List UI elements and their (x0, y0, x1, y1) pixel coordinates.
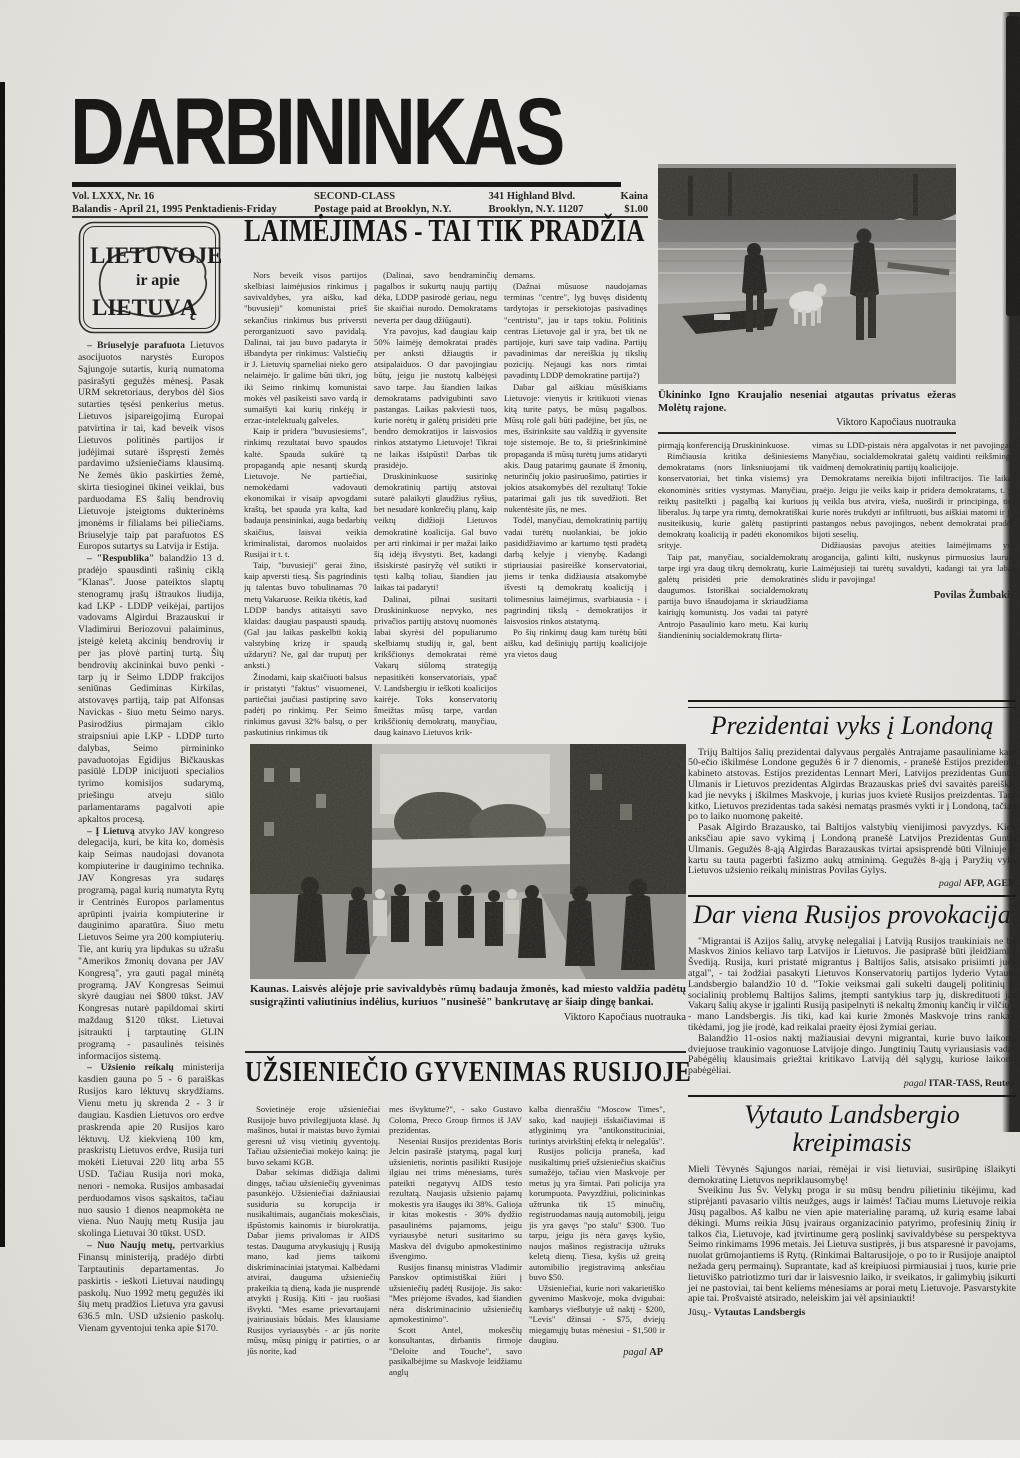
volume-line: Vol. LXXX, Nr. 16 (72, 191, 277, 204)
caption-text: Ūkininko Igno Kraujalio neseniai atgauta… (658, 389, 956, 414)
photo-credit: Viktoro Kapočiaus nuotrauka (836, 416, 956, 429)
rule (245, 1051, 686, 1053)
brief-lead: – Nuo Naujų metų, (87, 1240, 175, 1251)
body-paragraph: Dalinai, pilnai susitarti Druskininkuose… (374, 594, 497, 739)
body-paragraph: (Dažnai mūsuose naudojamas terminas "cen… (504, 281, 647, 381)
newspaper-page: DARBININKAS Vol. LXXX, Nr. 16 Balandis -… (0, 0, 1020, 1458)
main-article-col-4: pirmąją konferenciją Druskininkuose. Rim… (658, 440, 808, 702)
body-paragraph: Kaip ir pridera "buvusiesiems", rinkimų … (244, 426, 367, 560)
caption-text: Kaunas. Laisvės alėjoje prie savivaldybė… (250, 983, 686, 1010)
rule (658, 432, 956, 434)
body-paragraph: Yra pavojus, kad daugiau kaip 50% laimėj… (374, 326, 497, 471)
body-paragraph: Scott Antel, mokesčių konsultantas, dirb… (389, 1325, 522, 1378)
kaunas-photo-caption: Kaunas. Laisvės alėjoje prie savivaldybė… (250, 983, 686, 1023)
brief-lead: – Užsienio reikalų (87, 1062, 174, 1073)
main-article-col-1: Nors beveik visos partijos skelbiasi lai… (244, 270, 367, 742)
section-rule (688, 895, 1016, 897)
main-article-col-2: (Dalinai, savo bendraminčių pagalbos ir … (374, 270, 497, 742)
body-paragraph: Rimčiausia kritika dešiniesiems demokrat… (658, 451, 808, 551)
brief-item: – Briuselyje parafuota Lietuvos asocijuo… (78, 340, 224, 553)
body-paragraph: Balandžio 11-osios naktį mažiausiai devy… (688, 1034, 1016, 1077)
foreigners-headline: UŽSIENIEČIO GYVENIMAS RUSIJOJE (245, 1058, 691, 1086)
scan-edge-right-top (1006, 16, 1020, 316)
address-line1: 341 Highland Blvd. (489, 191, 584, 204)
signature-name: Vytautas Landsbergis (714, 1307, 806, 1318)
main-article-col-5: vimas su LDD-pistais nėra apgalvotas ir … (812, 440, 1014, 712)
body-paragraph: Mieli Tėvynės Sąjungos nariai, rėmėjai i… (688, 1165, 1016, 1187)
scan-bottom-band (0, 1440, 1020, 1458)
body-paragraph: Todėl, manyčiau, demokratinių partijų va… (504, 515, 647, 627)
body-paragraph: kalba dienraščiu "Moscow Times", sako, k… (529, 1104, 665, 1146)
credit-agency: ITAR-TASS, Reuter (929, 1078, 1014, 1089)
body-paragraph: Po šių rinkimų daug kam turėtų būti aišk… (504, 627, 647, 660)
body-paragraph: Demokratams nereikia bijoti infiltracijo… (812, 473, 1014, 540)
london-headline: Prezidentai vyks į Londoną (688, 712, 1016, 741)
photo-credit: Viktoro Kapočiaus nuotrauka (250, 1012, 686, 1023)
agency-credit: pagal ITAR-TASS, Reuter (688, 1079, 1014, 1090)
body-paragraph: (Dalinai, savo bendraminčių pagalbos ir … (374, 270, 497, 326)
body-paragraph: "Migrantai iš Azijos šalių, atvykę neleg… (688, 937, 1016, 1034)
body-paragraph: Žinodami, kaip skaičiuoti balsus ir pris… (244, 672, 367, 739)
masthead-rule (72, 182, 621, 187)
class-line: SECOND-CLASS (314, 191, 451, 204)
appeal-headline: Vytauto Landsbergio kreipimasis (688, 1101, 1016, 1158)
lietuvoje-box: LIETUVOJE ir apie LIETUVĄ (78, 221, 221, 334)
signature-prefix: Jūsų,- (688, 1307, 711, 1318)
section-rule (688, 700, 1016, 708)
brief-lead: – "Respublika" (87, 553, 154, 564)
price-label: Kaina (621, 191, 648, 204)
body-paragraph: Trijų Baltijos šalių prezidentai dalyvau… (688, 748, 1016, 824)
section-rule (688, 1095, 1016, 1097)
box-line1-svg: LIETUVOJE (90, 243, 221, 268)
body-paragraph: Neseniai Rusijos prezidentas Boris Jelci… (389, 1136, 522, 1262)
masthead-volume-block: Vol. LXXX, Nr. 16 Balandis - April 21, 1… (72, 191, 277, 216)
brief-text: pertvarkius Finansų ministeriją, pradėjo… (78, 1240, 224, 1334)
body-paragraph: Sveikinu Jus Šv. Velykų proga ir su mūsų… (688, 1186, 1016, 1305)
body-paragraph: Sovietinėje eroje užsieniečiai Rusijoje … (247, 1104, 380, 1167)
credit-agency: AP (649, 1347, 663, 1358)
body-paragraph: Rusijos policija praneša, kad nusikaltim… (529, 1146, 665, 1283)
author-byline: Povilas Žumbakis (812, 590, 1014, 601)
brief-lead: – Briuselyje parafuota (87, 340, 185, 351)
scan-edge-left (0, 82, 5, 1247)
lake-photo-caption: Ūkininko Igno Kraujalio neseniai atgauta… (658, 389, 956, 429)
body-paragraph: Dabar gal aiškiau mūsiškiams Lietuvoje: … (504, 382, 647, 516)
foreigners-col-1: Sovietinėje eroje užsieniečiai Rusijoje … (247, 1104, 380, 1422)
credit-prefix: pagal (623, 1347, 646, 1358)
agency-credit: pagal AP (529, 1348, 663, 1359)
brief-text: Lietuvos asocijuotos narystės Europos Są… (78, 340, 224, 552)
provocation-headline: Dar viena Rusijos provokacija (688, 901, 1016, 930)
newspaper-title: DARBININKAS (70, 84, 562, 179)
body-paragraph: mes išvyktume?", - sako Gustavo Coloma, … (389, 1104, 522, 1136)
brief-item: – Nuo Naujų metų, pertvarkius Finansų mi… (78, 1240, 224, 1335)
brief-item: – Į Lietuvą atvyko JAV kongreso delegaci… (78, 826, 224, 1063)
main-article-col-3: demams. (Dažnai mūsuose naudojamas termi… (504, 270, 647, 742)
body-paragraph: Didžiausias pavojus ateities laimėjimams… (812, 540, 1014, 585)
masthead-class-block: SECOND-CLASS Postage paid at Brooklyn, N… (314, 191, 451, 216)
box-line3-svg: LIETUVĄ (92, 295, 197, 320)
credit-agency: AFP, AGEP (964, 878, 1014, 889)
kaunas-photo (250, 744, 686, 979)
masthead-address-block: 341 Highland Blvd. Brooklyn, N.Y. 11207 (489, 191, 584, 216)
right-articles-column: Prezidentai vyks į Londoną Trijų Baltijo… (688, 700, 1016, 1319)
briefs-column: – Briuselyje parafuota Lietuvos asocijuo… (78, 340, 224, 1398)
brief-item: – Užsienio reikalų ministerija kasdien g… (78, 1062, 224, 1240)
box-line2-svg: ir apie (136, 272, 180, 289)
body-paragraph: Taip pat, manyčiau, socialdemokratų tarp… (658, 552, 808, 641)
body-paragraph: Rusijos finansų ministras Vladimir Pansk… (389, 1262, 522, 1325)
brief-item: – "Respublika" balandžio 13 d. pradėjo s… (78, 553, 224, 825)
body-paragraph: Dabar sekimas didžiąja dalimi dingęs, ta… (247, 1167, 380, 1356)
foreigners-col-2: mes išvyktume?", - sako Gustavo Coloma, … (389, 1104, 522, 1422)
lithuania-map-icon: LIETUVOJE ir apie LIETUVĄ (78, 221, 221, 334)
foreigners-col-3: kalba dienraščiu "Moscow Times", sako, k… (529, 1104, 665, 1422)
body-paragraph: Nors beveik visos partijos skelbiasi lai… (244, 270, 367, 426)
brief-text: ministerija kasdien gauna po 5 - 6 parai… (78, 1062, 224, 1239)
body-paragraph: pirmąją konferenciją Druskininkuose. (658, 440, 808, 451)
body-paragraph: Užsieniečiai, kurie nori vakarietiško gy… (529, 1283, 665, 1346)
credit-prefix: pagal (904, 1078, 927, 1089)
main-headline: LAIMĖJIMAS - TAI TIK PRADŽIA (244, 216, 644, 247)
brief-text: atvyko JAV kongreso delegacija, kuri, be… (78, 826, 224, 1062)
lake-photo (658, 164, 956, 384)
agency-credit: pagal AFP, AGEP (688, 879, 1014, 890)
body-paragraph: Druskininkuose susirinkę demokratinių pa… (374, 471, 497, 594)
credit-prefix: pagal (939, 878, 962, 889)
body-paragraph: vimas su LDD-pistais nėra apgalvotas ir … (812, 440, 1014, 473)
body-paragraph: Taip, "buvusieji" gerai žino, kaip apver… (244, 560, 367, 672)
body-paragraph: Pasak Algirdo Brazausko, tai Baltijos va… (688, 823, 1016, 877)
signature-line: Jūsų,- Vytautas Landsbergis (688, 1308, 1016, 1319)
masthead-info: Vol. LXXX, Nr. 16 Balandis - April 21, 1… (72, 191, 648, 216)
brief-lead: – Į Lietuvą (87, 826, 135, 837)
brief-text: balandžio 13 d. pradėjo spausdinti rašin… (78, 553, 224, 825)
body-paragraph: demams. (504, 270, 647, 281)
masthead-price-block: Kaina $1.00 (621, 191, 648, 216)
